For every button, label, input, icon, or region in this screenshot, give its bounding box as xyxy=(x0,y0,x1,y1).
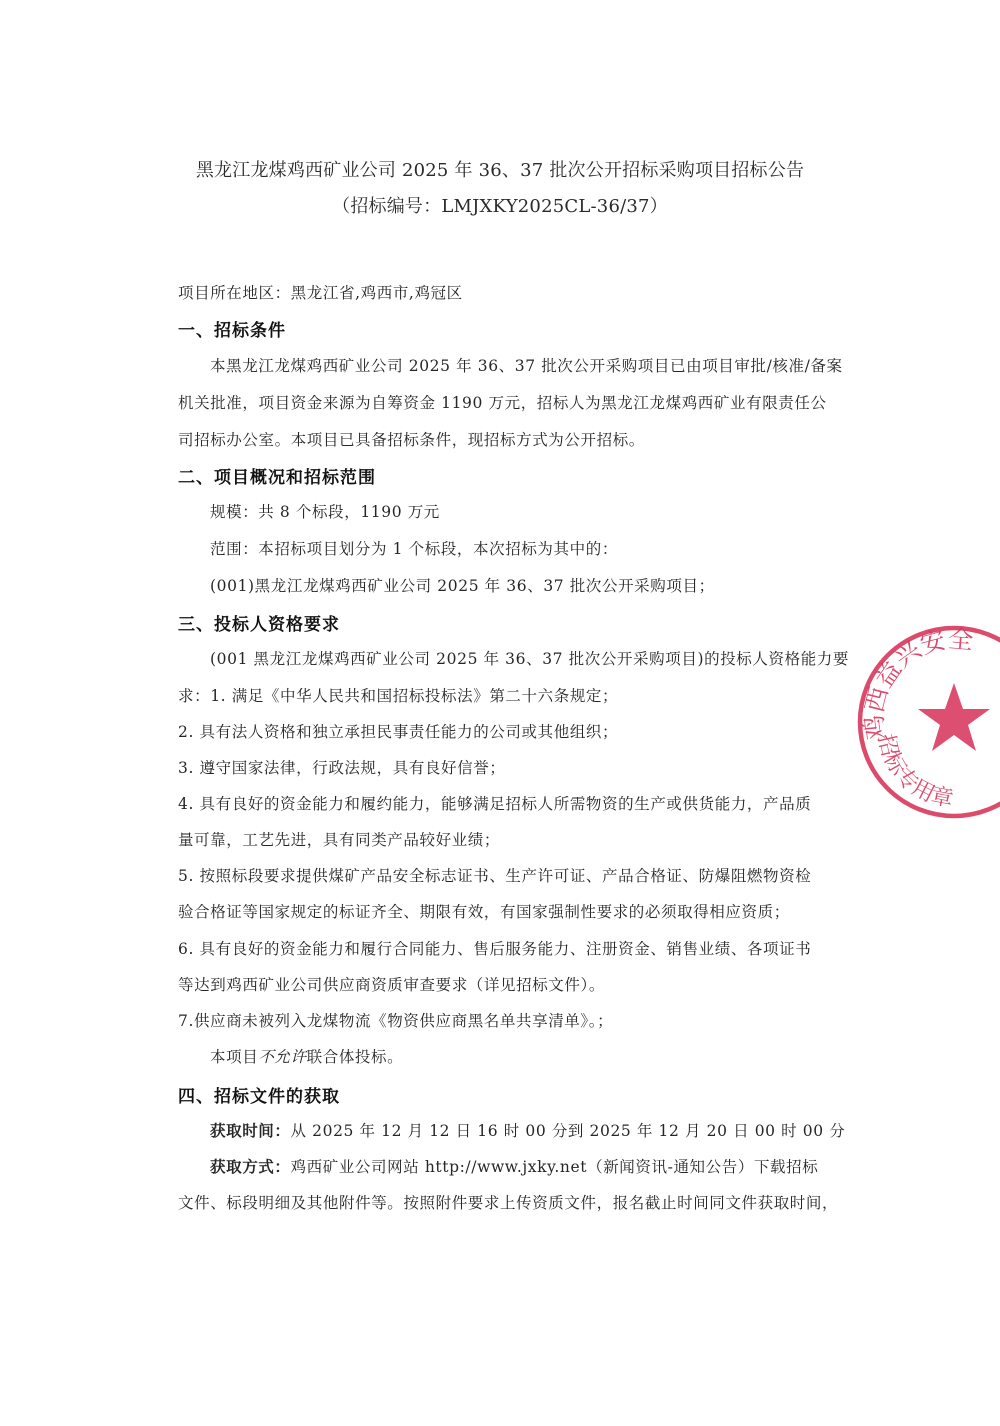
region-value: 黑龙江省,鸡西市,鸡冠区 xyxy=(291,284,463,302)
scale-line: 规模：共 8 个标段，1190 万元 xyxy=(210,500,865,522)
acquisition-time-value: 从 2025 年 12 月 12 日 16 时 00 分到 2025 年 12 … xyxy=(291,1122,846,1140)
tender-number: （招标编号：LMJXKY2025CL-36/37） xyxy=(0,192,1000,218)
section-heading-project-overview: 二、项目概况和招标范围 xyxy=(178,463,376,488)
paragraph-line: 司招标办公室。本项目已具备招标条件，现招标方式为公开招标。 xyxy=(178,428,833,450)
seal-bottom-text: 招标专用章 xyxy=(872,732,955,813)
acquisition-method-value: 鸡西矿业公司网站 http://www.jxky.net（新闻资讯-通知公告）下… xyxy=(291,1158,819,1176)
acquisition-time: 获取时间：从 2025 年 12 月 12 日 16 时 00 分到 2025 … xyxy=(210,1119,865,1141)
requirement-line: 等达到鸡西矿业公司供应商资质审查要求（详见招标文件）。 xyxy=(178,973,833,995)
project-region: 项目所在地区：黑龙江省,鸡西市,鸡冠区 xyxy=(178,281,833,303)
consortium-emphasis: 不允许 xyxy=(258,1048,306,1066)
section-heading-tender-conditions: 一、招标条件 xyxy=(178,316,286,341)
region-label: 项目所在地区： xyxy=(178,284,291,302)
acquisition-method: 获取方式：鸡西矿业公司网站 http://www.jxky.net（新闻资讯-通… xyxy=(210,1155,865,1177)
requirement-line: 5. 按照标段要求提供煤矿产品安全标志证书、生产许可证、产品合格证、防爆阻燃物资… xyxy=(178,864,833,886)
acquisition-method-label: 获取方式： xyxy=(210,1158,291,1176)
requirement-line: (001 黑龙江龙煤鸡西矿业公司 2025 年 36、37 批次公开采购项目)的… xyxy=(210,647,865,669)
section-heading-document-acquisition: 四、招标文件的获取 xyxy=(178,1082,340,1107)
requirement-line: 3. 遵守国家法律，行政法规，具有良好信誉； xyxy=(178,756,833,778)
document-page: 黑龙江龙煤鸡西矿业公司 2025 年 36、37 批次公开招标采购项目招标公告 … xyxy=(0,0,1000,1426)
requirement-line: 4. 具有良好的资金能力和履约能力，能够满足招标人所需物资的生产或供货能力，产品… xyxy=(178,792,833,814)
paragraph-line: 本黑龙江龙煤鸡西矿业公司 2025 年 36、37 批次公开采购项目已由项目审批… xyxy=(210,354,865,376)
requirement-line: 验合格证等国家规定的标证齐全、期限有效，有国家强制性要求的必须取得相应资质； xyxy=(178,900,833,922)
lot-line: (001)黑龙江龙煤鸡西矿业公司 2025 年 36、37 批次公开采购项目； xyxy=(210,574,865,596)
requirement-line: 2. 具有法人资格和独立承担民事责任能力的公司或其他组织； xyxy=(178,720,833,742)
requirement-line: 6. 具有良好的资金能力和履行合同能力、售后服务能力、注册资金、销售业绩、各项证… xyxy=(178,937,833,959)
consortium-prefix: 本项目 xyxy=(210,1048,258,1066)
acquisition-method-continued: 文件、标段明细及其他附件等。按照附件要求上传资质文件，报名截止时间同文件获取时间… xyxy=(178,1191,833,1213)
requirement-line: 7.供应商未被列入龙煤物流《物资供应商黑名单共享清单》。； xyxy=(178,1009,833,1031)
requirement-line: 量可靠，工艺先进，具有同类产品较好业绩； xyxy=(178,828,833,850)
star-icon xyxy=(918,683,990,751)
official-seal: 鸡西益兴安全 招标专用章 xyxy=(857,625,1000,819)
section-heading-bidder-qualifications: 三、投标人资格要求 xyxy=(178,610,340,635)
document-title: 黑龙江龙煤鸡西矿业公司 2025 年 36、37 批次公开招标采购项目招标公告 xyxy=(0,156,1000,182)
requirement-line: 求：1. 满足《中华人民共和国招标投标法》第二十六条规定； xyxy=(178,684,833,706)
acquisition-time-label: 获取时间： xyxy=(210,1122,291,1140)
consortium-note: 本项目不允许联合体投标。 xyxy=(210,1045,865,1067)
paragraph-line: 机关批准，项目资金来源为自筹资金 1190 万元，招标人为黑龙江龙煤鸡西矿业有限… xyxy=(178,391,833,413)
consortium-suffix: 联合体投标。 xyxy=(307,1048,404,1066)
scope-line: 范围：本招标项目划分为 1 个标段，本次招标为其中的： xyxy=(210,537,865,559)
